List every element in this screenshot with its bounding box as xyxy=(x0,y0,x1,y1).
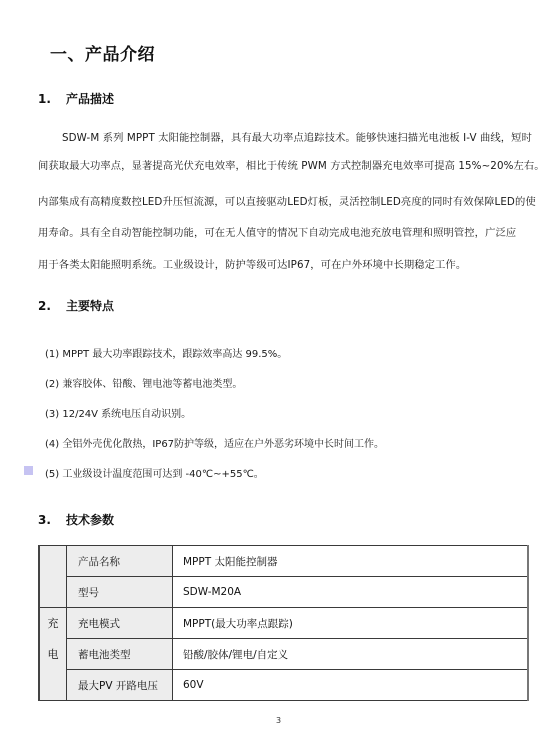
table-row: 产品名称 MPPT 太阳能控制器 xyxy=(39,546,528,577)
feature-item: (2) 兼容胶体、铅酸、锂电池等蓄电池类型。 xyxy=(45,375,242,390)
subsection-title: 主要特点 xyxy=(66,299,114,313)
spec-label: 型号 xyxy=(67,577,173,608)
spec-label: 充电模式 xyxy=(67,608,173,639)
feature-item: (3) 12/24V 系统电压自动识别。 xyxy=(45,405,191,420)
table-row: 蓄电池类型 铅酸/胶体/锂电/自定义 xyxy=(39,639,528,670)
group-label-char: 电 xyxy=(40,639,66,670)
feature-item: (1) MPPT 最大功率跟踪技术，跟踪效率高达 99.5%。 xyxy=(45,345,287,360)
description-line: 间获取最大功率点，显著提高光伏充电效率，相比于传统 PWM 方式控制器充电效率可… xyxy=(38,157,545,172)
spec-table: 产品名称 MPPT 太阳能控制器 型号 SDW-M20A 充 电 充电模式 MP… xyxy=(38,545,529,701)
page-number: 3 xyxy=(276,716,281,725)
description-line: 用于各类太阳能照明系统。工业级设计，防护等级可达IP67，可在户外环境中长期稳定… xyxy=(38,256,466,271)
subsection-number: 2. xyxy=(38,299,66,313)
spec-label: 最大PV 开路电压 xyxy=(67,670,173,701)
table-row: 型号 SDW-M20A xyxy=(39,577,528,608)
subsection-heading-1: 1.产品描述 xyxy=(38,90,114,107)
spec-label: 蓄电池类型 xyxy=(67,639,173,670)
selection-marker xyxy=(24,466,33,475)
section-title: 一、产品介绍 xyxy=(50,40,155,65)
subsection-number: 1. xyxy=(38,92,66,106)
subsection-heading-2: 2.主要特点 xyxy=(38,297,114,314)
group-label-char: 充 xyxy=(40,608,66,639)
spec-value: 铅酸/胶体/锂电/自定义 xyxy=(173,639,529,670)
spec-value: MPPT(最大功率点跟踪) xyxy=(173,608,529,639)
spec-label: 产品名称 xyxy=(67,546,173,577)
subsection-heading-3: 3.技术参数 xyxy=(38,511,114,528)
group-cell-blank xyxy=(39,546,67,608)
subsection-title: 技术参数 xyxy=(66,513,114,527)
feature-item: (5) 工业级设计温度范围可达到 -40℃~+55℃。 xyxy=(45,465,264,480)
feature-item: (4) 全铝外壳优化散热，IP67防护等级，适应在户外恶劣环境中长时间工作。 xyxy=(45,435,384,450)
group-cell-charging: 充 电 xyxy=(39,608,67,701)
spec-value: MPPT 太阳能控制器 xyxy=(173,546,529,577)
spec-value: SDW-M20A xyxy=(173,577,529,608)
table-row: 充 电 充电模式 MPPT(最大功率点跟踪) xyxy=(39,608,528,639)
description-line: 内部集成有高精度数控LED升压恒流源，可以直接驱动LED灯板，灵活控制LED亮度… xyxy=(38,193,536,208)
subsection-title: 产品描述 xyxy=(66,92,114,106)
subsection-number: 3. xyxy=(38,513,66,527)
description-line: 用寿命。具有全自动智能控制功能，可在无人值守的情况下自动完成电池充放电管理和照明… xyxy=(38,224,516,239)
table-row: 最大PV 开路电压 60V xyxy=(39,670,528,701)
description-line: SDW-M 系列 MPPT 太阳能控制器，具有最大功率点追踪技术。能够快速扫描光… xyxy=(62,129,532,144)
spec-value: 60V xyxy=(173,670,529,701)
